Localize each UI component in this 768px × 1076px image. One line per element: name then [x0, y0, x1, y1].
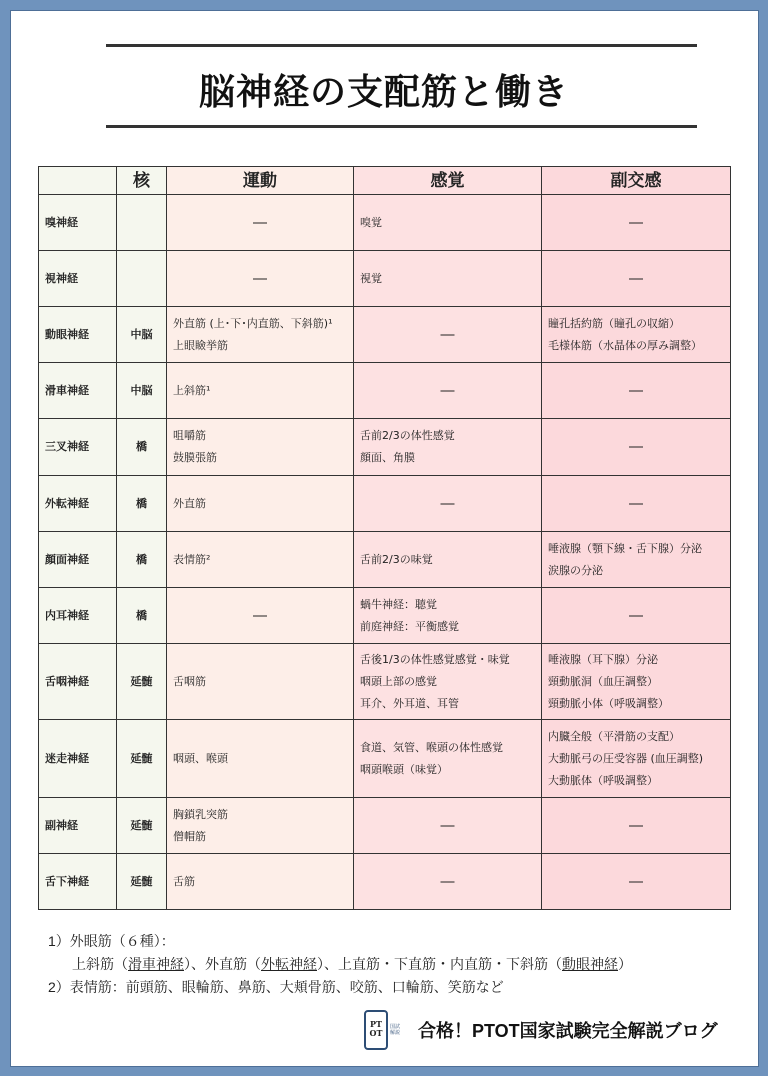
parasympathetic-cell: ―: [542, 251, 731, 307]
cell-line: 表情筋²: [173, 549, 347, 571]
header-parasympathetic: 副交感: [542, 167, 731, 195]
table-row: 嗅神経―嗅覚―: [39, 195, 731, 251]
cell-line: 舌咽筋: [173, 671, 347, 693]
cell-line: ―: [548, 380, 724, 402]
cell-line: 上眼瞼挙筋: [173, 335, 347, 357]
cell-line: 頸動脈洞（血圧調整）: [548, 671, 724, 693]
cell-line: 視覚: [360, 268, 535, 290]
note-nerve-oculomotor: 動眼神経: [562, 956, 618, 972]
parasympathetic-cell: 唾液腺（顎下線・舌下腺）分泌涙腺の分泌: [542, 532, 731, 588]
table-row: 滑車神経中脳上斜筋¹――: [39, 363, 731, 419]
cell-line: ―: [360, 815, 535, 837]
note-text: ）、外直筋（: [184, 956, 261, 972]
table-row: 外転神経橋外直筋――: [39, 476, 731, 532]
motor-cell: 舌筋: [167, 854, 354, 910]
cell-line: 蝸牛神経：聴覚: [360, 594, 535, 616]
cell-line: 咽頭、喉頭: [173, 748, 347, 770]
note-text: 上斜筋（: [72, 956, 128, 972]
motor-cell: ―: [167, 588, 354, 644]
smartphone-logo-icon: PTOT: [364, 1010, 388, 1050]
motor-cell: 咽頭、喉頭: [167, 720, 354, 798]
cell-line: 毛様体筋（水晶体の厚み調整）: [548, 335, 724, 357]
cell-line: 唾液腺（耳下腺）分泌: [548, 649, 724, 671]
motor-cell: 上斜筋¹: [167, 363, 354, 419]
table-row: 迷走神経延髄咽頭、喉頭食道、気管、喉頭の体性感覚咽頭喉頭（味覚）内臓全般（平滑筋…: [39, 720, 731, 798]
sensory-cell: 嗅覚: [354, 195, 542, 251]
table-row: 内耳神経橋―蝸牛神経：聴覚前庭神経：平衡感覚―: [39, 588, 731, 644]
parasympathetic-cell: 唾液腺（耳下腺）分泌頸動脈洞（血圧調整）頸動脈小体（呼吸調整）: [542, 644, 731, 720]
nerve-name: 舌下神経: [39, 854, 117, 910]
cell-line: ―: [360, 871, 535, 893]
table-row: 舌下神経延髄舌筋――: [39, 854, 731, 910]
cell-line: 食道、気管、喉頭の体性感覚: [360, 737, 535, 759]
cell-line: 咽頭喉頭（味覚）: [360, 759, 535, 781]
sensory-cell: 蝸牛神経：聴覚前庭神経：平衡感覚: [354, 588, 542, 644]
cell-line: 外直筋: [173, 493, 347, 515]
logo-side-label: 国試解説: [390, 1024, 402, 1036]
parasympathetic-cell: ―: [542, 419, 731, 476]
motor-cell: ―: [167, 195, 354, 251]
sensory-cell: ―: [354, 476, 542, 532]
title-rule-bottom: [106, 125, 697, 128]
nucleus-cell: 橋: [117, 532, 167, 588]
table-row: 三叉神経橋咀嚼筋鼓膜張筋舌前2/3の体性感覚顔面、角膜―: [39, 419, 731, 476]
cell-line: ―: [173, 212, 347, 234]
cell-line: 大動脈体（呼吸調整）: [548, 770, 724, 792]
cell-line: 舌筋: [173, 871, 347, 893]
cell-line: ―: [173, 268, 347, 290]
cell-line: 鼓膜張筋: [173, 447, 347, 469]
cell-line: 大動脈弓の圧受容器 (血圧調整): [548, 748, 724, 770]
footnotes: 1）外眼筋（６種）： 上斜筋（滑車神経）、外直筋（外転神経）、上直筋・下直筋・内…: [48, 930, 632, 999]
nucleus-cell: 橋: [117, 476, 167, 532]
nerve-name: 三叉神経: [39, 419, 117, 476]
header-nucleus: 核: [117, 167, 167, 195]
cell-line: 咽頭上部の感覚: [360, 671, 535, 693]
sensory-cell: ―: [354, 798, 542, 854]
table-row: 副神経延髄胸鎖乳突筋僧帽筋――: [39, 798, 731, 854]
cranial-nerve-table: 核 運動 感覚 副交感 嗅神経―嗅覚―視神経―視覚―動眼神経中脳外直筋 (上･下…: [38, 166, 731, 910]
cell-line: 舌前2/3の体性感覚: [360, 425, 535, 447]
footnote-2: 2）表情筋：前頭筋、眼輪筋、鼻筋、大頬骨筋、咬筋、口輪筋、笑筋など: [48, 976, 632, 999]
parasympathetic-cell: ―: [542, 854, 731, 910]
cell-line: 涙腺の分泌: [548, 560, 724, 582]
parasympathetic-cell: ―: [542, 476, 731, 532]
motor-cell: 外直筋: [167, 476, 354, 532]
nerve-name: 顔面神経: [39, 532, 117, 588]
nerve-name: 外転神経: [39, 476, 117, 532]
cell-line: 瞳孔括約筋（瞳孔の収縮）: [548, 313, 724, 335]
motor-cell: ―: [167, 251, 354, 307]
nucleus-cell: 橋: [117, 588, 167, 644]
header-name: [39, 167, 117, 195]
motor-cell: 咀嚼筋鼓膜張筋: [167, 419, 354, 476]
cell-line: ―: [173, 605, 347, 627]
cell-line: 頸動脈小体（呼吸調整）: [548, 693, 724, 715]
parasympathetic-cell: ―: [542, 363, 731, 419]
cell-line: ―: [548, 493, 724, 515]
cell-line: 内臓全般（平滑筋の支配）: [548, 726, 724, 748]
footnote-1-label: 1）外眼筋（６種）：: [48, 930, 632, 953]
cell-line: ―: [548, 871, 724, 893]
cell-line: 胸鎖乳突筋: [173, 804, 347, 826]
cell-line: ―: [360, 493, 535, 515]
note-nerve-abducens: 外転神経: [261, 956, 317, 972]
cell-line: 耳介、外耳道、耳管: [360, 693, 535, 715]
cell-line: ―: [548, 815, 724, 837]
note-text: ）、上直筋・下直筋・内直筋・下斜筋（: [317, 956, 562, 972]
sensory-cell: ―: [354, 854, 542, 910]
parasympathetic-cell: ―: [542, 588, 731, 644]
sensory-cell: 食道、気管、喉頭の体性感覚咽頭喉頭（味覚）: [354, 720, 542, 798]
title-rule-top: [106, 44, 697, 47]
cell-line: 顔面、角膜: [360, 447, 535, 469]
cell-line: 嗅覚: [360, 212, 535, 234]
cell-line: ―: [548, 605, 724, 627]
nucleus-cell: [117, 195, 167, 251]
parasympathetic-cell: 内臓全般（平滑筋の支配）大動脈弓の圧受容器 (血圧調整)大動脈体（呼吸調整）: [542, 720, 731, 798]
sensory-cell: 舌前2/3の体性感覚顔面、角膜: [354, 419, 542, 476]
nucleus-cell: 橋: [117, 419, 167, 476]
cell-line: 舌前2/3の味覚: [360, 549, 535, 571]
nucleus-cell: 延髄: [117, 720, 167, 798]
cell-line: 上斜筋¹: [173, 380, 347, 402]
cell-line: 咀嚼筋: [173, 425, 347, 447]
cell-line: ―: [548, 212, 724, 234]
parasympathetic-cell: ―: [542, 798, 731, 854]
nucleus-cell: 中脳: [117, 307, 167, 363]
nerve-name: 迷走神経: [39, 720, 117, 798]
motor-cell: 外直筋 (上･下･内直筋、下斜筋)¹上眼瞼挙筋: [167, 307, 354, 363]
cell-line: ―: [548, 436, 724, 458]
nerve-name: 滑車神経: [39, 363, 117, 419]
sensory-cell: ―: [354, 363, 542, 419]
brand-footer: PTOT 国試解説 合格！PTOT国家試験完全解説ブログ: [364, 1010, 718, 1050]
footnote-1-detail: 上斜筋（滑車神経）、外直筋（外転神経）、上直筋・下直筋・内直筋・下斜筋（動眼神経…: [48, 953, 632, 976]
cell-line: ―: [360, 380, 535, 402]
table-row: 顔面神経橋表情筋²舌前2/3の味覚唾液腺（顎下線・舌下腺）分泌涙腺の分泌: [39, 532, 731, 588]
nerve-name: 嗅神経: [39, 195, 117, 251]
brand-name: 合格！PTOT国家試験完全解説ブログ: [418, 1017, 718, 1043]
nucleus-cell: 延髄: [117, 798, 167, 854]
table-header-row: 核 運動 感覚 副交感: [39, 167, 731, 195]
nerve-name: 舌咽神経: [39, 644, 117, 720]
table-row: 舌咽神経延髄舌咽筋舌後1/3の体性感覚感覚・味覚咽頭上部の感覚耳介、外耳道、耳管…: [39, 644, 731, 720]
page-title: 脳神経の支配筋と働き: [0, 64, 768, 115]
table-row: 視神経―視覚―: [39, 251, 731, 307]
cell-line: ―: [360, 324, 535, 346]
cell-line: 唾液腺（顎下線・舌下腺）分泌: [548, 538, 724, 560]
header-sensory: 感覚: [354, 167, 542, 195]
note-nerve-trochlear: 滑車神経: [128, 956, 184, 972]
logo-text: PTOT: [366, 1020, 386, 1038]
nerve-name: 内耳神経: [39, 588, 117, 644]
sensory-cell: ―: [354, 307, 542, 363]
motor-cell: 胸鎖乳突筋僧帽筋: [167, 798, 354, 854]
parasympathetic-cell: ―: [542, 195, 731, 251]
nucleus-cell: [117, 251, 167, 307]
nerve-name: 副神経: [39, 798, 117, 854]
cell-line: 僧帽筋: [173, 826, 347, 848]
cell-line: 舌後1/3の体性感覚感覚・味覚: [360, 649, 535, 671]
motor-cell: 表情筋²: [167, 532, 354, 588]
sensory-cell: 視覚: [354, 251, 542, 307]
sensory-cell: 舌前2/3の味覚: [354, 532, 542, 588]
table-body: 嗅神経―嗅覚―視神経―視覚―動眼神経中脳外直筋 (上･下･内直筋、下斜筋)¹上眼…: [39, 195, 731, 910]
parasympathetic-cell: 瞳孔括約筋（瞳孔の収縮）毛様体筋（水晶体の厚み調整）: [542, 307, 731, 363]
nerve-name: 視神経: [39, 251, 117, 307]
cell-line: 前庭神経：平衡感覚: [360, 616, 535, 638]
cell-line: ―: [548, 268, 724, 290]
nucleus-cell: 中脳: [117, 363, 167, 419]
nucleus-cell: 延髄: [117, 644, 167, 720]
note-text: ）: [618, 956, 632, 972]
nucleus-cell: 延髄: [117, 854, 167, 910]
cell-line: 外直筋 (上･下･内直筋、下斜筋)¹: [173, 313, 347, 335]
motor-cell: 舌咽筋: [167, 644, 354, 720]
nerve-name: 動眼神経: [39, 307, 117, 363]
sensory-cell: 舌後1/3の体性感覚感覚・味覚咽頭上部の感覚耳介、外耳道、耳管: [354, 644, 542, 720]
table-row: 動眼神経中脳外直筋 (上･下･内直筋、下斜筋)¹上眼瞼挙筋―瞳孔括約筋（瞳孔の収…: [39, 307, 731, 363]
header-motor: 運動: [167, 167, 354, 195]
